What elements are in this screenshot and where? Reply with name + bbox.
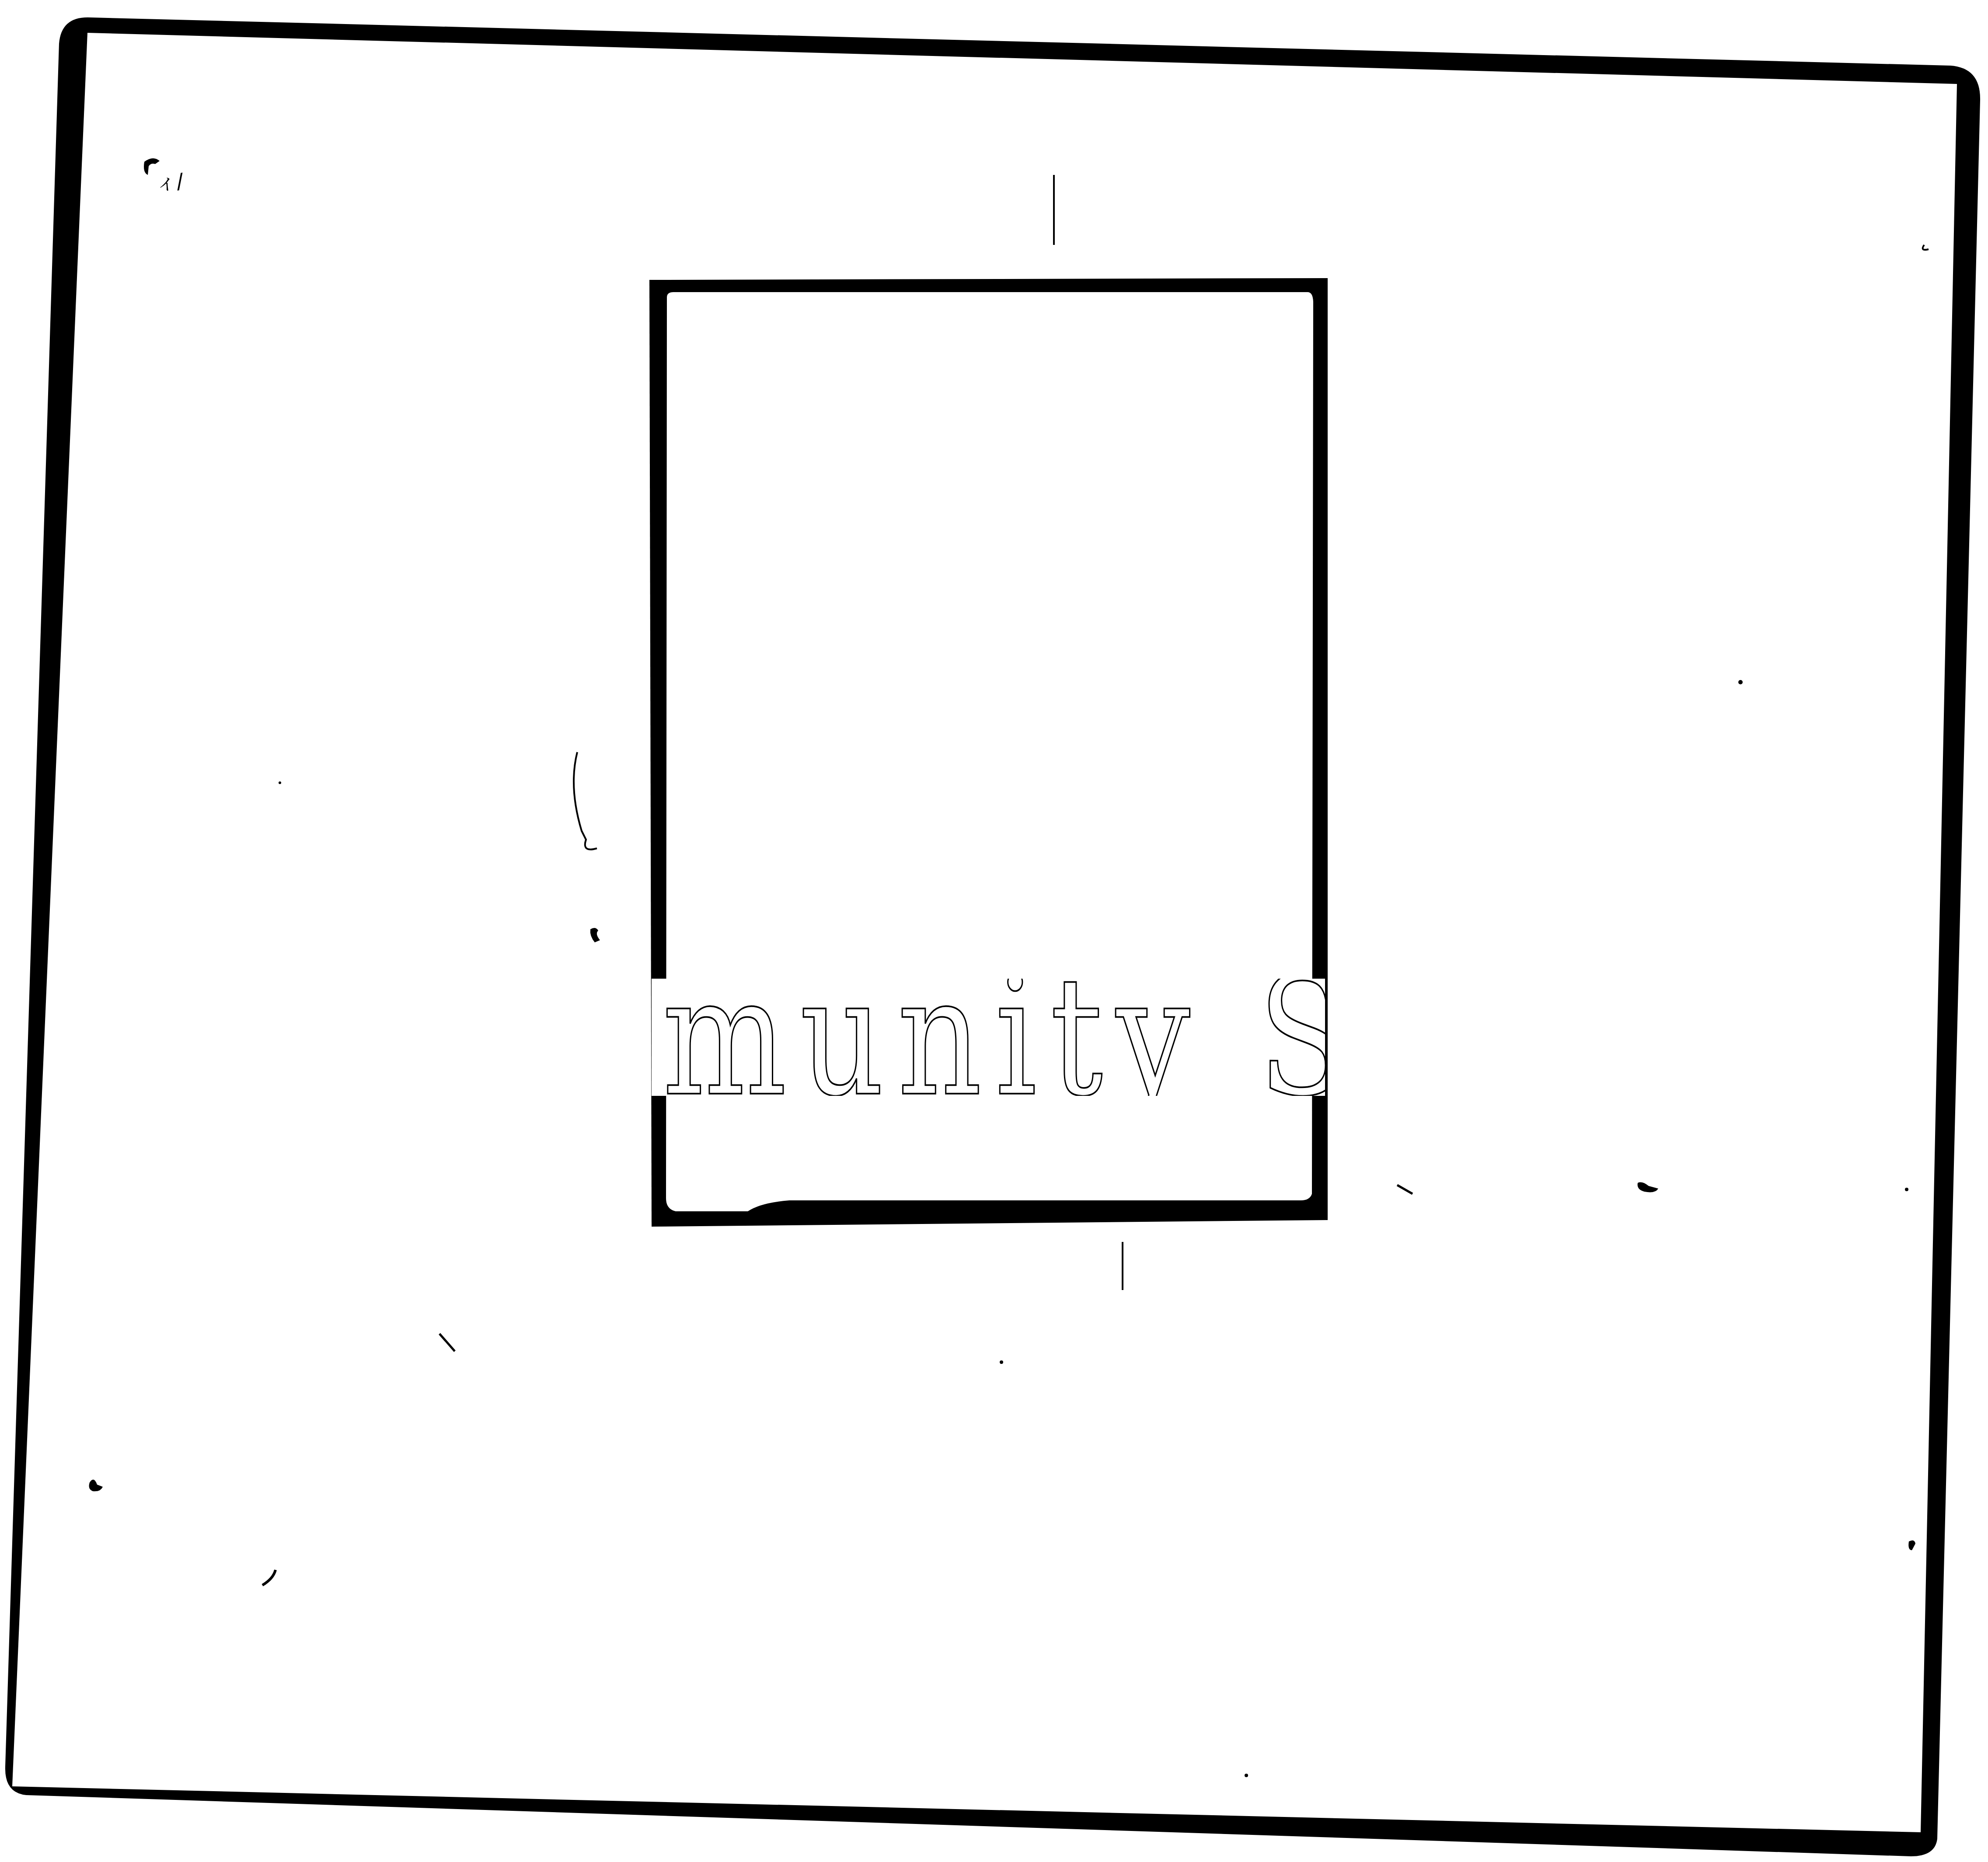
scanned-page: ィ/ mmunity Se	[0, 0, 1988, 1862]
frame-drawing	[0, 0, 1988, 1862]
corner-handwritten-mark: ィ/	[154, 164, 185, 197]
caption-band: mmunity Se	[652, 979, 1325, 1096]
caption-text: mmunity Se	[652, 979, 1325, 1096]
